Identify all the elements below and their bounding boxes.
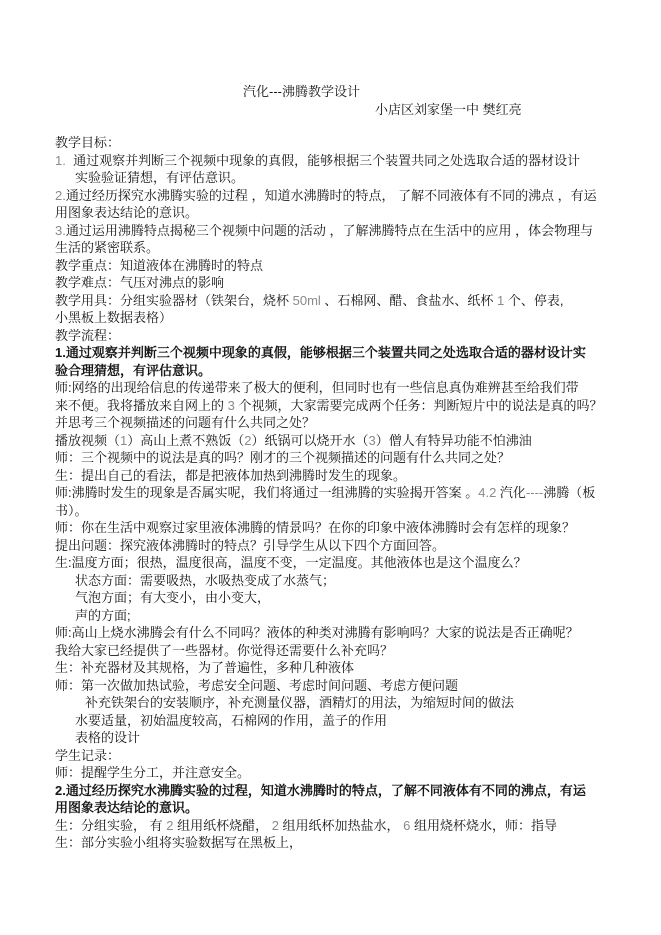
doc-line: 教学目标： [55, 134, 615, 152]
doc-line: 水要适量，初始温度较高，石棉网的作用，盖子的作用 [55, 712, 615, 730]
doc-line: 验合理猜想，有评估意识。 [55, 362, 615, 380]
doc-line: 生：分组实验， 有 2 组用纸杯烧醋， 2 组用纸杯加热盐水， 6 组用烧杯烧水… [55, 817, 615, 835]
doc-line: 师：你在生活中观察过家里液体沸腾的情景吗？在你的印象中液体沸腾时会有怎样的现象？ [55, 519, 615, 537]
doc-line: 小黑板上数据表格） [55, 309, 615, 327]
doc-line: 师：提醒学生分工，并注意安全。 [55, 764, 615, 782]
doc-line: 播放视频（1）高山上煮不熟饭（2）纸锅可以烧开水（3）僧人有特异功能不怕沸油 [55, 432, 615, 450]
doc-line: 补充铁架台的安装顺序，补充测量仪器，酒精灯的用法，为缩短时间的做法 [55, 694, 615, 712]
doc-line: 教学流程： [55, 327, 615, 345]
blank-line [55, 118, 615, 134]
doc-line: 教学难点：气压对沸点的影响 [55, 274, 615, 292]
document-title: 汽化---沸腾教学设计 [243, 83, 615, 101]
doc-line: 并思考三个视频描述的问题有什么共同之处？ [55, 414, 615, 432]
doc-line: 1. 通过观察并判断三个视频中现象的真假，能够根据三个装置共同之处选取合适的器材… [55, 152, 615, 170]
doc-line: 生活的紧密联系。 [55, 239, 615, 257]
doc-body: 汽化---沸腾教学设计 小店区刘家堡一中 樊红亮 教学目标：1. 通过观察并判断… [55, 83, 615, 852]
doc-line: 声的方面; [55, 607, 615, 625]
doc-line: 用图象表达结论的意识。 [55, 204, 615, 222]
doc-line: 师:沸腾时发生的现象是否属实呢，我们将通过一组沸腾的实验揭开答案 。4.2 汽化… [55, 484, 615, 502]
doc-line: 学生记录： [55, 747, 615, 765]
doc-line: 师：第一次做加热试验，考虑安全问题、考虑时间问题、考虑方便问题 [55, 677, 615, 695]
doc-line: 2.通过经历探究水沸腾实验的过程 ，知道水沸腾时的特点， 了解不同液体有不同的沸… [55, 187, 615, 205]
doc-line: 书）。 [55, 502, 615, 520]
doc-line: 提出问题：探究液体沸腾时的特点？引导学生从以下四个方面回答。 [55, 537, 615, 555]
doc-line: 生：部分实验小组将实验数据写在黑板上， [55, 834, 615, 852]
doc-line: 我给大家已经提供了一些器材。你觉得还需要什么补充吗？ [55, 642, 615, 660]
doc-line: 师:高山上烧水沸腾会有什么不同吗？液体的种类对沸腾有影响吗？大家的说法是否正确呢… [55, 624, 615, 642]
doc-line: 1.通过观察并判断三个视频中现象的真假，能够根据三个装置共同之处选取合适的器材设… [55, 344, 615, 362]
doc-line: 教学重点：知道液体在沸腾时的特点 [55, 257, 615, 275]
document-byline: 小店区刘家堡一中 樊红亮 [375, 101, 615, 119]
doc-line: 师：三个视频中的说法是真的吗？刚才的三个视频描述的问题有什么共同之处？ [55, 449, 615, 467]
doc-line: 实验验证猜想，有评估意识。 [55, 169, 615, 187]
doc-line: 表格的设计 [55, 729, 615, 747]
document-page: 汽化---沸腾教学设计 小店区刘家堡一中 樊红亮 教学目标：1. 通过观察并判断… [0, 0, 661, 935]
doc-line: 来不便。我将播放来自网上的 3 个视频，大家需要完成两个任务：判断短片中的说法是… [55, 397, 615, 415]
doc-line: 气泡方面；有大变小，由小变大， [55, 589, 615, 607]
doc-line: 2.通过经历探究水沸腾实验的过程，知道水沸腾时的特点，了解不同液体有不同的沸点，… [55, 782, 615, 800]
doc-line: 教学用具：分组实验器材（铁架台，烧杯 50ml 、石棉网、醋、食盐水、纸杯 1 … [55, 292, 615, 310]
doc-line: 师:网络的出现给信息的传递带来了极大的便利，但同时也有一些信息真伪难辨甚至给我们… [55, 379, 615, 397]
doc-line: 生：补充器材及其规格，为了普遍性，多种几种液体 [55, 659, 615, 677]
doc-line: 3.通过运用沸腾特点揭秘三个视频中问题的活动 ，了解沸腾特点在生活中的应用 ，体… [55, 222, 615, 240]
doc-line: 状态方面：需要吸热，水吸热变成了水蒸气； [55, 572, 615, 590]
doc-line: 生：提出自己的看法，都是把液体加热到沸腾时发生的现象。 [55, 467, 615, 485]
doc-line: 用图象表达结论的意识。 [55, 799, 615, 817]
doc-line: 生:温度方面；很热，温度很高，温度不变，一定温度。其他液体也是这个温度么？ [55, 554, 615, 572]
